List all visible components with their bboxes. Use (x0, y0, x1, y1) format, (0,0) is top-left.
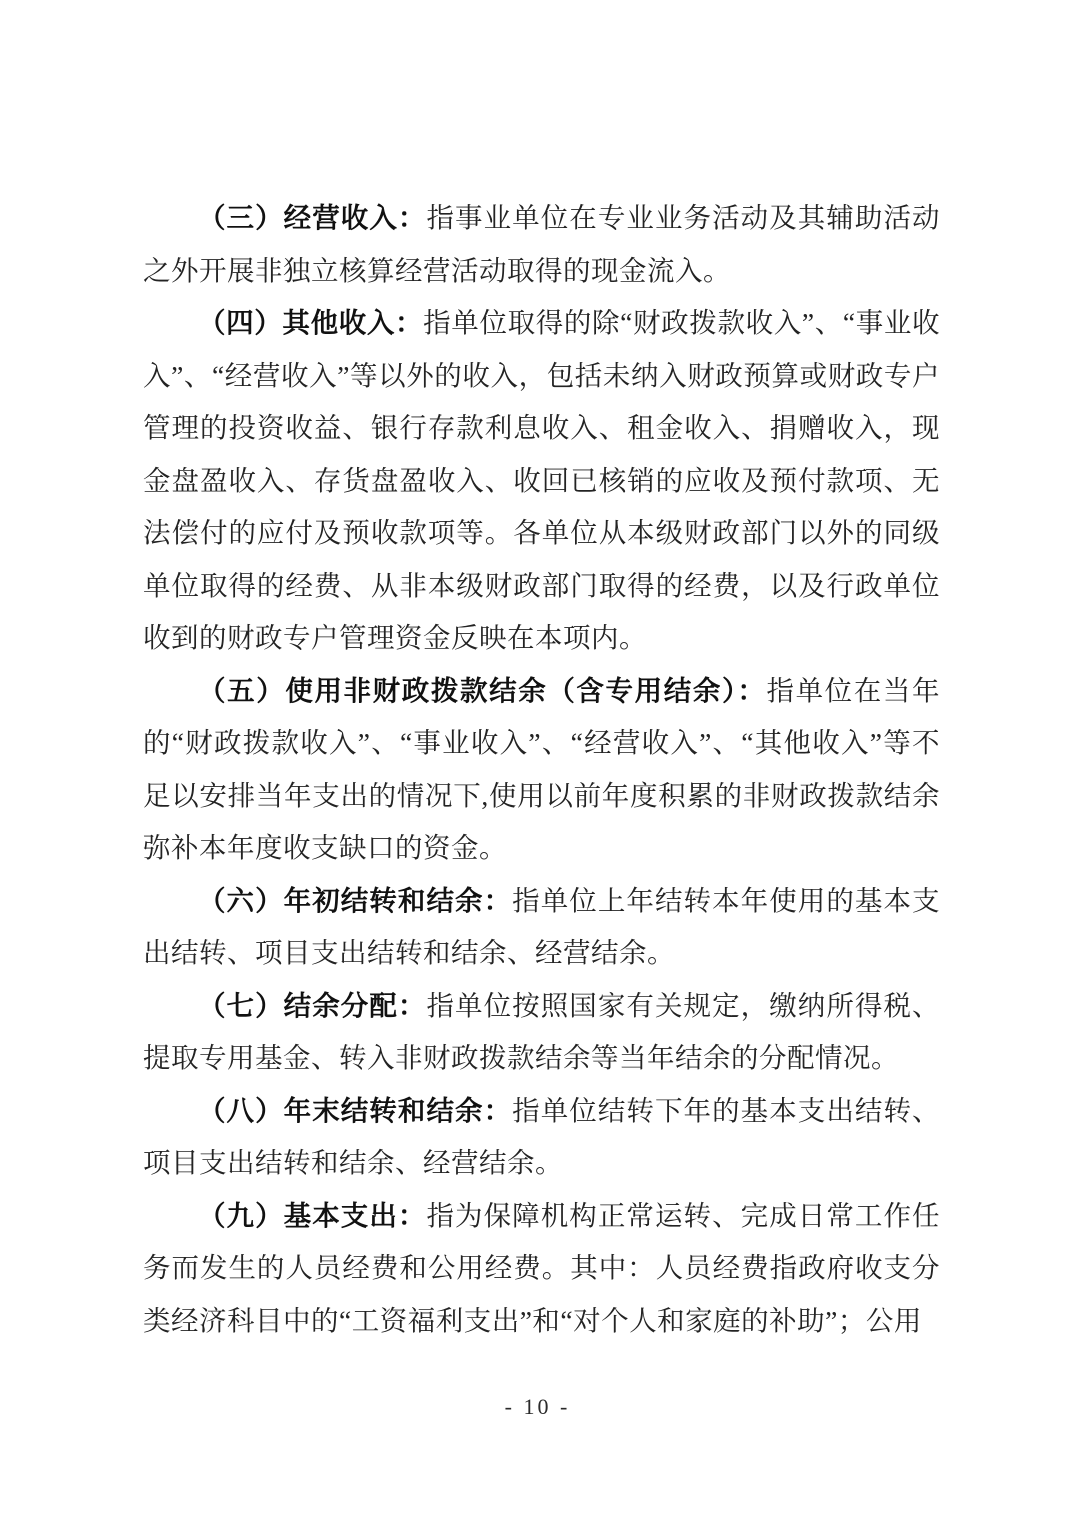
page-number: - 10 - (505, 1394, 571, 1419)
definition-paragraph: （三）经营收入：指事业单位在专业业务活动及其辅助活动之外开展非独立核算经营活动取… (143, 192, 940, 297)
definition-term: （六）年初结转和结余： (198, 885, 512, 916)
definition-term: （七）结余分配： (198, 990, 426, 1021)
definition-text: 指单位取得的除“财政拨款收入”、“事业收入”、“经营收入”等以外的收入，包括未纳… (143, 307, 940, 653)
document-page: （三）经营收入：指事业单位在专业业务活动及其辅助活动之外开展非独立核算经营活动取… (0, 0, 1075, 1520)
definition-term: （八）年末结转和结余： (198, 1095, 512, 1126)
definition-paragraph: （七）结余分配：指单位按照国家有关规定，缴纳所得税、提取专用基金、转入非财政拨款… (143, 980, 940, 1085)
document-body: （三）经营收入：指事业单位在专业业务活动及其辅助活动之外开展非独立核算经营活动取… (143, 192, 940, 1347)
page-footer: - 10 - (0, 1392, 1075, 1422)
definition-term: （四）其他收入： (198, 307, 423, 338)
definition-term: （三）经营收入： (198, 202, 426, 233)
definition-paragraph: （九）基本支出：指为保障机构正常运转、完成日常工作任务而发生的人员经费和公用经费… (143, 1190, 940, 1348)
definition-paragraph: （四）其他收入：指单位取得的除“财政拨款收入”、“事业收入”、“经营收入”等以外… (143, 297, 940, 665)
definition-term: （九）基本支出： (198, 1200, 426, 1231)
definition-term: （五）使用非财政拨款结余（含专用结余）： (198, 675, 766, 706)
definition-paragraph: （五）使用非财政拨款结余（含专用结余）：指单位在当年的“财政拨款收入”、“事业收… (143, 665, 940, 875)
definition-paragraph: （八）年末结转和结余：指单位结转下年的基本支出结转、项目支出结转和结余、经营结余… (143, 1085, 940, 1190)
definition-paragraph: （六）年初结转和结余：指单位上年结转本年使用的基本支出结转、项目支出结转和结余、… (143, 875, 940, 980)
